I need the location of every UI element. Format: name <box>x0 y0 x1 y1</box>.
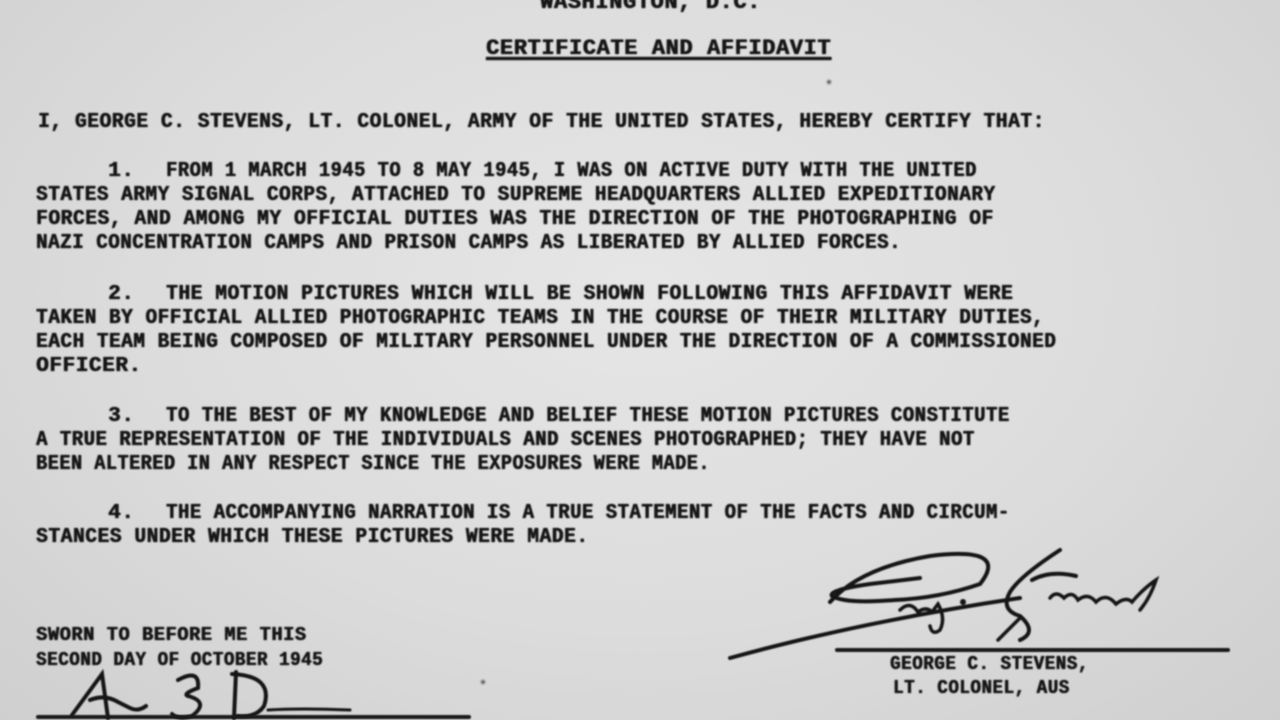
paragraph-1-line-3: FORCES, AND AMONG MY OFFICIAL DUTIES WAS… <box>36 208 994 231</box>
paragraph-1-line-2: STATES ARMY SIGNAL CORPS, ATTACHED TO SU… <box>36 184 996 207</box>
paragraph-4-line-1: THE ACCOMPANYING NARRATION IS A TRUE STA… <box>166 502 1010 525</box>
paragraph-2-line-3: EACH TEAM BEING COMPOSED OF MILITARY PER… <box>36 331 1056 354</box>
paragraph-1-line-1: FROM 1 MARCH 1945 TO 8 MAY 1945, I WAS O… <box>166 160 977 183</box>
document-title: CERTIFICATE AND AFFIDAVIT <box>486 36 831 61</box>
stevens-signature-line <box>835 648 1230 652</box>
paragraph-2-line-4: OFFICER. <box>36 355 142 378</box>
paragraph-4-number: 4. <box>108 502 134 525</box>
paragraph-3-line-1: TO THE BEST OF MY KNOWLEDGE AND BELIEF T… <box>166 405 1010 428</box>
sworn-line-1: SWORN TO BEFORE ME THIS <box>36 624 307 646</box>
paragraph-4-line-2: STANCES UNDER WHICH THESE PICTURES WERE … <box>36 526 589 549</box>
paragraph-3-line-3: BEEN ALTERED IN ANY RESPECT SINCE THE EX… <box>36 453 710 476</box>
paragraph-3-line-2: A TRUE REPRESENTATION OF THE INDIVIDUALS… <box>36 429 975 452</box>
paragraph-2-line-2: TAKEN BY OFFICIAL ALLIED PHOTOGRAPHIC TE… <box>36 307 1044 330</box>
paragraph-2-number: 2. <box>108 283 134 306</box>
paragraph-1-number: 1. <box>108 160 134 183</box>
notary-signature <box>60 660 380 720</box>
location-heading: WASHINGTON, D.C. <box>540 0 761 15</box>
paragraph-2-line-1: THE MOTION PICTURES WHICH WILL BE SHOWN … <box>166 283 1013 306</box>
signatory-rank: LT. COLONEL, AUS <box>893 677 1070 699</box>
signatory-name: GEORGE C. STEVENS, <box>890 653 1089 675</box>
scanned-affidavit-document: WASHINGTON, D.C. CERTIFICATE AND AFFIDAV… <box>0 0 1280 720</box>
opening-statement: I, GEORGE C. STEVENS, LT. COLONEL, ARMY … <box>38 111 1045 134</box>
notary-signature-line <box>36 715 471 719</box>
stevens-signature <box>720 540 1180 665</box>
paper-speck <box>827 80 831 84</box>
paper-speck <box>481 680 485 684</box>
paragraph-1-line-4: NAZI CONCENTRATION CAMPS AND PRISON CAMP… <box>36 232 901 255</box>
paragraph-3-number: 3. <box>108 405 134 428</box>
